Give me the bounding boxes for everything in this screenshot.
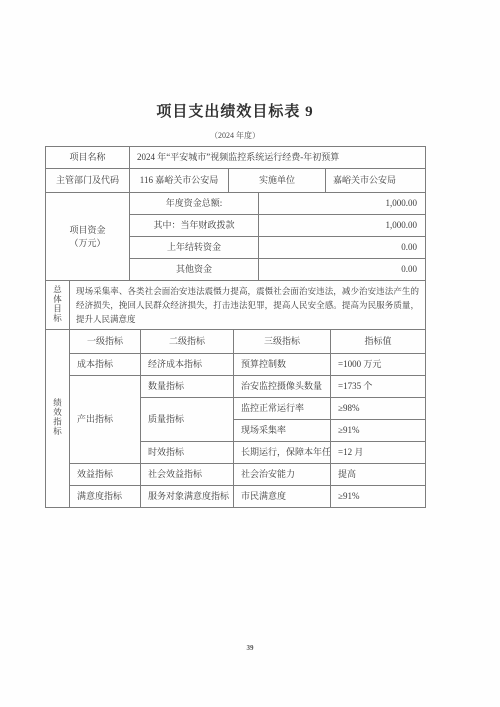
indicator-level3: 市民满意度 <box>234 486 331 508</box>
table-row: 效益指标 社会效益指标 社会治安能力 提高 <box>46 464 426 486</box>
funds-row-value: 1,000.00 <box>259 193 426 215</box>
indicator-level1: 效益指标 <box>70 464 141 486</box>
indicator-level1: 满意度指标 <box>70 486 141 508</box>
overall-goal-text: 现场采集率、各类社会面治安违法震慑力提高，震慑社会面治安违法，减少治安违法产生的… <box>70 281 426 330</box>
table-row: 产出指标 数量指标 治安监控摄像头数量 =1735 个 <box>46 376 426 398</box>
table-row: 满意度指标 服务对象满意度指标 市民满意度 ≥91% <box>46 486 426 508</box>
page-title: 项目支出绩效目标表 9 <box>45 100 425 121</box>
header-value: 指标值 <box>331 330 426 354</box>
overall-goal-label: 总体目标 <box>46 281 70 330</box>
indicator-level1: 成本指标 <box>70 354 141 376</box>
funds-row-value: 0.00 <box>259 259 426 281</box>
dept-value: 116 嘉峪关市公安局 <box>130 169 229 193</box>
indicator-value: ≥91% <box>331 420 426 442</box>
funds-row-label: 年度资金总额: <box>130 193 259 215</box>
indicator-value: =1000 万元 <box>331 354 426 376</box>
project-name-value: 2024 年“平安城市”视频监控系统运行经费-年初预算 <box>130 147 426 169</box>
funds-row-label: 其中：当年财政拨款 <box>130 215 259 237</box>
indicator-level3: 监控正常运行率 <box>234 398 331 420</box>
overall-goal-section: 总体目标 现场采集率、各类社会面治安违法震慑力提高，震慑社会面治安违法，减少治安… <box>45 280 426 330</box>
project-name-label: 项目名称 <box>46 147 130 169</box>
table-row: 项目名称 2024 年“平安城市”视频监控系统运行经费-年初预算 <box>46 147 426 169</box>
table-row: 主管部门及代码 116 嘉峪关市公安局 实施单位 嘉峪关市公安局 <box>46 169 426 193</box>
funds-label: 项目资金 （万元） <box>46 193 130 281</box>
indicator-value: =12 月 <box>331 442 426 464</box>
indicator-level2: 经济成本指标 <box>141 354 234 376</box>
indicators-label: 绩效指标 <box>46 330 70 508</box>
indicator-value: 提高 <box>331 464 426 486</box>
indicator-level3: 治安监控摄像头数量 <box>234 376 331 398</box>
indicator-level2: 质量指标 <box>141 398 234 442</box>
indicator-level2: 数量指标 <box>141 376 234 398</box>
funds-row-label: 上年结转资金 <box>130 237 259 259</box>
funds-row-value: 0.00 <box>259 237 426 259</box>
header-level1: 一级指标 <box>70 330 141 354</box>
funds-row-label: 其他资金 <box>130 259 259 281</box>
table-row: 成本指标 经济成本指标 预算控制数 =1000 万元 <box>46 354 426 376</box>
table-row: 项目资金 （万元） 年度资金总额: 1,000.00 <box>46 193 426 215</box>
indicator-value: =1735 个 <box>331 376 426 398</box>
header-level3: 三级指标 <box>234 330 331 354</box>
page-number: 39 <box>0 644 500 652</box>
indicators-header-row: 绩效指标 一级指标 二级指标 三级指标 指标值 <box>46 330 426 354</box>
project-info-section: 项目名称 2024 年“平安城市”视频监控系统运行经费-年初预算 主管部门及代码… <box>45 146 426 193</box>
dept-label: 主管部门及代码 <box>46 169 130 193</box>
indicator-level2: 社会效益指标 <box>141 464 234 486</box>
indicator-value: ≥91% <box>331 486 426 508</box>
indicator-level1: 产出指标 <box>70 376 141 464</box>
document-page: 项目支出绩效目标表 9 （2024 年度） 项目名称 2024 年“平安城市”视… <box>0 0 500 707</box>
indicator-level3: 预算控制数 <box>234 354 331 376</box>
funds-label-line1: 项目资金 <box>50 224 125 237</box>
header-level2: 二级指标 <box>141 330 234 354</box>
indicator-level2: 服务对象满意度指标 <box>141 486 234 508</box>
page-subtitle: （2024 年度） <box>45 130 425 141</box>
indicator-value: ≥98% <box>331 398 426 420</box>
indicator-level3: 长期运行，保障本年任务 <box>234 442 331 464</box>
performance-target-table: 项目名称 2024 年“平安城市”视频监控系统运行经费-年初预算 主管部门及代码… <box>45 146 425 508</box>
indicator-level3: 现场采集率 <box>234 420 331 442</box>
indicator-level3: 社会治安能力 <box>234 464 331 486</box>
impl-unit-label: 实施单位 <box>229 169 326 193</box>
impl-unit-value: 嘉峪关市公安局 <box>326 169 426 193</box>
funds-row-value: 1,000.00 <box>259 215 426 237</box>
funds-section: 项目资金 （万元） 年度资金总额: 1,000.00 其中：当年财政拨款 1,0… <box>45 192 426 281</box>
table-row: 总体目标 现场采集率、各类社会面治安违法震慑力提高，震慑社会面治安违法，减少治安… <box>46 281 426 330</box>
indicator-level2: 时效指标 <box>141 442 234 464</box>
funds-label-line2: （万元） <box>50 237 125 250</box>
indicators-section: 绩效指标 一级指标 二级指标 三级指标 指标值 成本指标 经济成本指标 预算控制… <box>45 329 426 508</box>
